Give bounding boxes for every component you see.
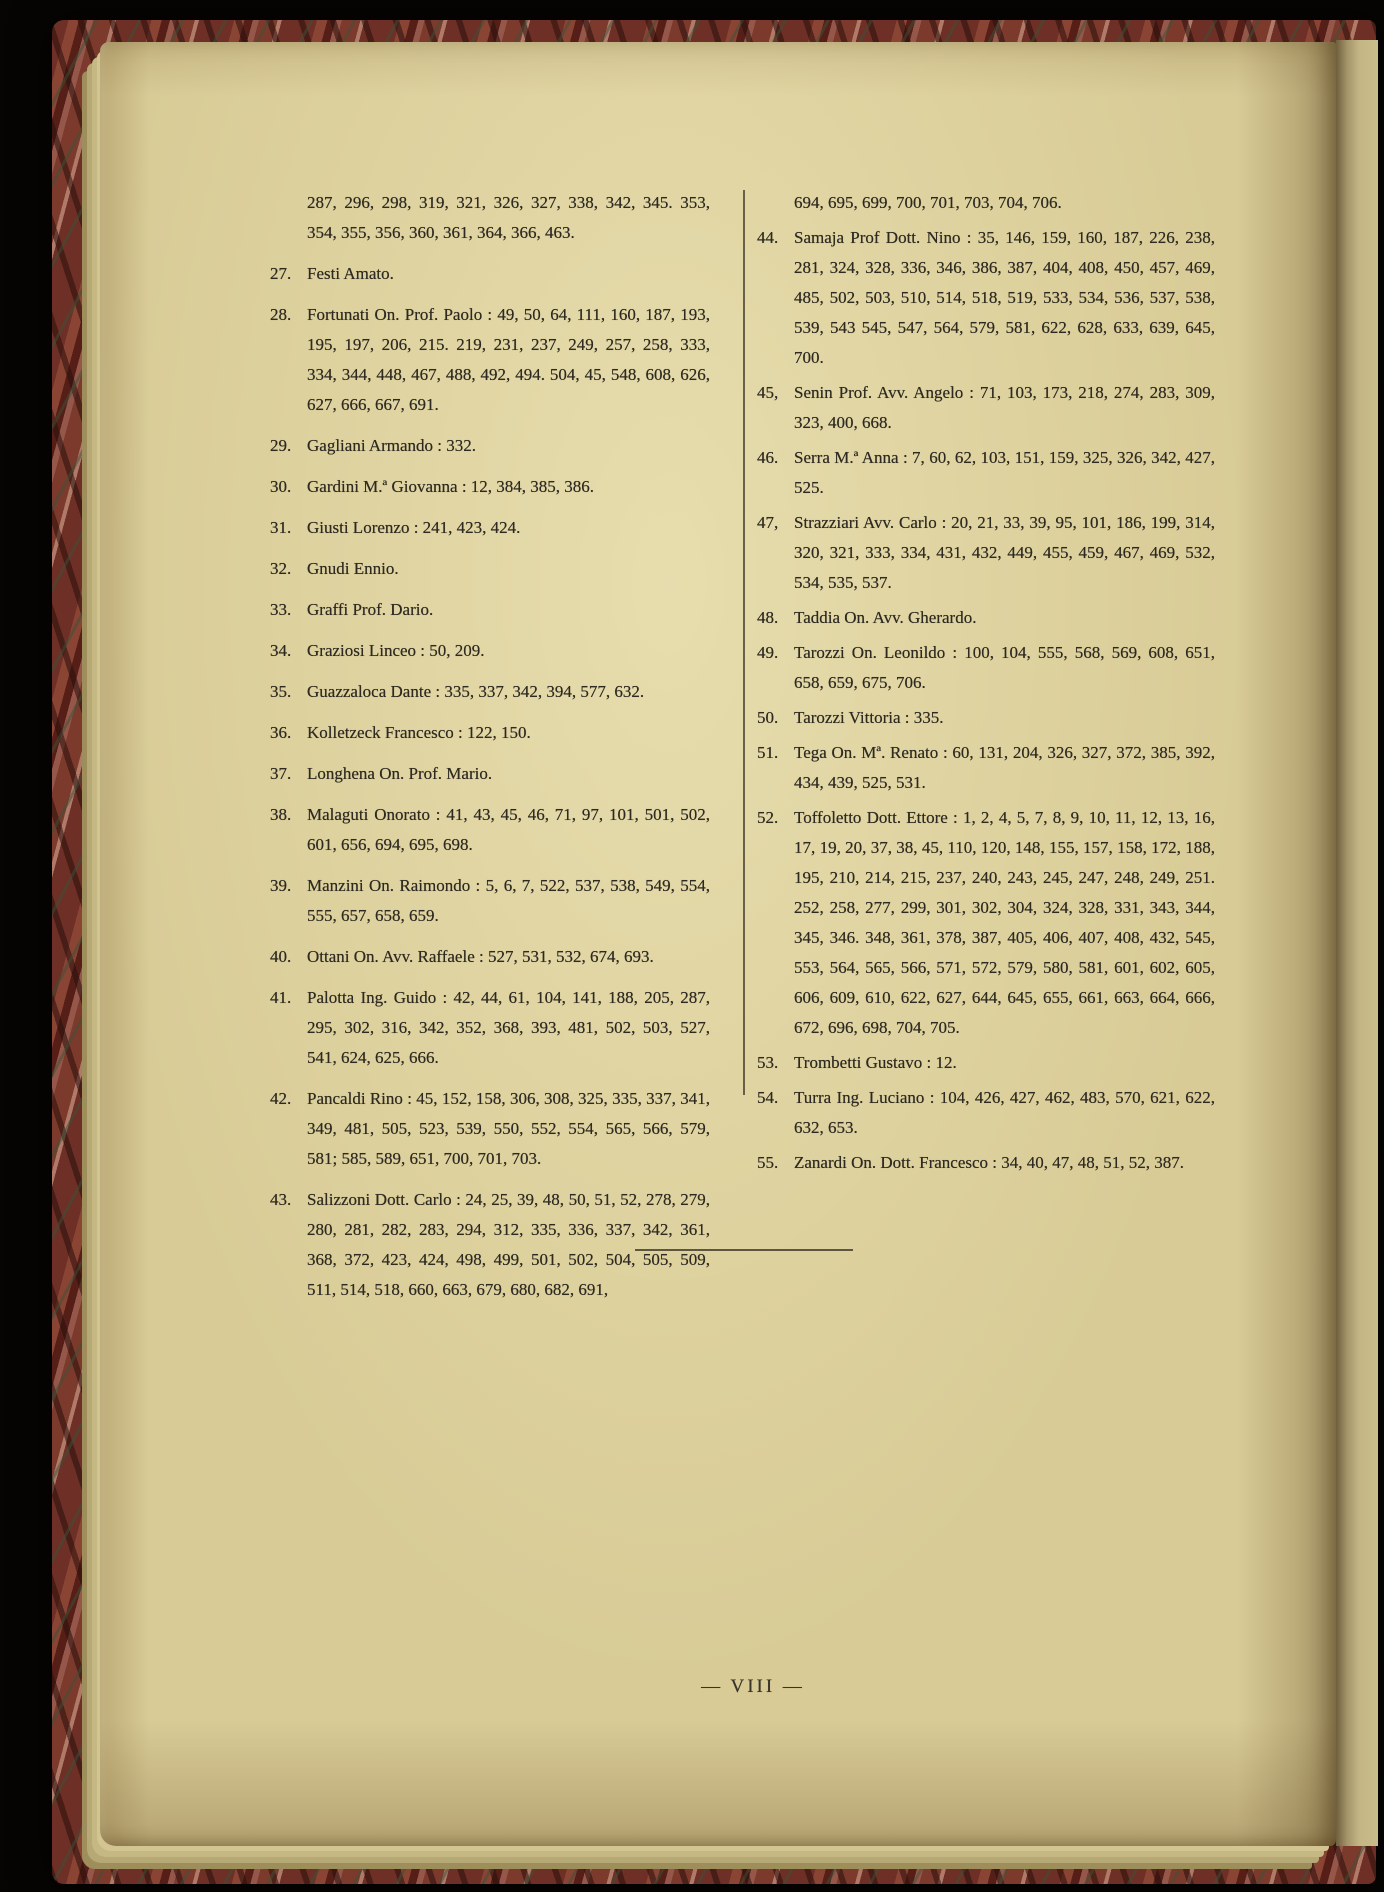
entry-number: 46. — [757, 443, 778, 473]
entry-number: 45, — [757, 378, 778, 408]
entry-text: Senin Prof. Avv. Angelo : 71, 103, 173, … — [794, 383, 1215, 432]
index-entry: 50.Tarozzi Vittoria : 335. — [757, 703, 1215, 733]
index-entry: 27.Festi Amato. — [270, 259, 710, 289]
index-entry: 48.Taddia On. Avv. Gherardo. — [757, 603, 1215, 633]
entry-number: 39. — [270, 871, 291, 901]
entry-number: 42. — [270, 1084, 291, 1114]
entry-number: 55. — [757, 1148, 778, 1178]
index-entry: 49.Tarozzi On. Leonildo : 100, 104, 555,… — [757, 638, 1215, 698]
entry-number: 34. — [270, 636, 291, 666]
entry-number: 50. — [757, 703, 778, 733]
left-column: 287, 296, 298, 319, 321, 326, 327, 338, … — [270, 188, 710, 1316]
index-entry: 54.Turra Ing. Luciano : 104, 426, 427, 4… — [757, 1083, 1215, 1143]
right-column: 694, 695, 699, 700, 701, 703, 704, 706.4… — [757, 188, 1215, 1316]
entry-text: Toffoletto Dott. Ettore : 1, 2, 4, 5, 7,… — [794, 808, 1215, 1037]
entry-text: Salizzoni Dott. Carlo : 24, 25, 39, 48, … — [307, 1190, 710, 1299]
index-entry: 45,Senin Prof. Avv. Angelo : 71, 103, 17… — [757, 378, 1215, 438]
entry-text: Tarozzi On. Leonildo : 100, 104, 555, 56… — [794, 643, 1215, 692]
entry-number: 53. — [757, 1048, 778, 1078]
entry-number: 43. — [270, 1185, 291, 1215]
index-entry: 42.Pancaldi Rino : 45, 152, 158, 306, 30… — [270, 1084, 710, 1174]
entry-text: Graffi Prof. Dario. — [307, 600, 433, 619]
entry-text: Tarozzi Vittoria : 335. — [794, 708, 944, 727]
index-entry: 39.Manzini On. Raimondo : 5, 6, 7, 522, … — [270, 871, 710, 931]
entry-number: 41. — [270, 983, 291, 1013]
entry-number: 32. — [270, 554, 291, 584]
entry-number: 44. — [757, 223, 778, 253]
entry-text: Kolletzeck Francesco : 122, 150. — [307, 723, 531, 742]
entry-text: Samaja Prof Dott. Nino : 35, 146, 159, 1… — [794, 228, 1215, 367]
index-entry: 47,Strazziari Avv. Carlo : 20, 21, 33, 3… — [757, 508, 1215, 598]
index-entry: 38.Malaguti Onorato : 41, 43, 45, 46, 71… — [270, 800, 710, 860]
entry-text: Trombetti Gustavo : 12. — [794, 1053, 957, 1072]
entry-number: 49. — [757, 638, 778, 668]
index-entry: 41.Palotta Ing. Guido : 42, 44, 61, 104,… — [270, 983, 710, 1073]
index-entry: 40.Ottani On. Avv. Raffaele : 527, 531, … — [270, 942, 710, 972]
index-entry: 36.Kolletzeck Francesco : 122, 150. — [270, 718, 710, 748]
index-entry: 34.Graziosi Linceo : 50, 209. — [270, 636, 710, 666]
index-entry: 44.Samaja Prof Dott. Nino : 35, 146, 159… — [757, 223, 1215, 373]
index-entry: 32.Gnudi Ennio. — [270, 554, 710, 584]
entry-number: 28. — [270, 300, 291, 330]
index-entry: 31.Giusti Lorenzo : 241, 423, 424. — [270, 513, 710, 543]
entry-text: 694, 695, 699, 700, 701, 703, 704, 706. — [794, 193, 1062, 212]
entry-text: Taddia On. Avv. Gherardo. — [794, 608, 976, 627]
entry-text: Gnudi Ennio. — [307, 559, 399, 578]
entry-text: Malaguti Onorato : 41, 43, 45, 46, 71, 9… — [307, 805, 710, 854]
entry-text: Gagliani Armando : 332. — [307, 436, 476, 455]
entry-number: 54. — [757, 1083, 778, 1113]
entry-text: Turra Ing. Luciano : 104, 426, 427, 462,… — [794, 1088, 1215, 1137]
entry-number: 48. — [757, 603, 778, 633]
entry-text: Festi Amato. — [307, 264, 394, 283]
entry-number: 40. — [270, 942, 291, 972]
entry-number: 37. — [270, 759, 291, 789]
entry-text: Ottani On. Avv. Raffaele : 527, 531, 532… — [307, 947, 654, 966]
entry-text: Fortunati On. Prof. Paolo : 49, 50, 64, … — [307, 305, 710, 414]
entry-number: 33. — [270, 595, 291, 625]
index-entry: 28.Fortunati On. Prof. Paolo : 49, 50, 6… — [270, 300, 710, 420]
entry-number: 36. — [270, 718, 291, 748]
index-entry: 30.Gardini M.ª Giovanna : 12, 384, 385, … — [270, 472, 710, 502]
entry-text: Gardini M.ª Giovanna : 12, 384, 385, 386… — [307, 477, 594, 496]
entry-text: Longhena On. Prof. Mario. — [307, 764, 492, 783]
entry-number: 30. — [270, 472, 291, 502]
index-entry: 52.Toffoletto Dott. Ettore : 1, 2, 4, 5,… — [757, 803, 1215, 1043]
entry-text: Guazzaloca Dante : 335, 337, 342, 394, 5… — [307, 682, 644, 701]
index-entry: 43.Salizzoni Dott. Carlo : 24, 25, 39, 4… — [270, 1185, 710, 1305]
facing-page-edge — [1336, 40, 1378, 1846]
index-entry: 29.Gagliani Armando : 332. — [270, 431, 710, 461]
entry-text: Graziosi Linceo : 50, 209. — [307, 641, 485, 660]
entry-text: Zanardi On. Dott. Francesco : 34, 40, 47… — [794, 1153, 1184, 1172]
entry-number: 47, — [757, 508, 778, 538]
page-number: — VIII — — [100, 1676, 1336, 1698]
index-entry: 694, 695, 699, 700, 701, 703, 704, 706. — [757, 188, 1215, 218]
entry-text: Pancaldi Rino : 45, 152, 158, 306, 308, … — [307, 1089, 710, 1168]
entry-number: 35. — [270, 677, 291, 707]
index-entry: 55.Zanardi On. Dott. Francesco : 34, 40,… — [757, 1148, 1215, 1178]
entry-number: 29. — [270, 431, 291, 461]
entry-number: 31. — [270, 513, 291, 543]
entry-number: 52. — [757, 803, 778, 833]
entry-text: Serra M.ª Anna : 7, 60, 62, 103, 151, 15… — [794, 448, 1215, 497]
entry-text: Manzini On. Raimondo : 5, 6, 7, 522, 537… — [307, 876, 710, 925]
index-content: 287, 296, 298, 319, 321, 326, 327, 338, … — [270, 188, 1215, 1316]
scanned-page: 287, 296, 298, 319, 321, 326, 327, 338, … — [100, 42, 1336, 1846]
index-entry: 287, 296, 298, 319, 321, 326, 327, 338, … — [270, 188, 710, 248]
index-entry: 53.Trombetti Gustavo : 12. — [757, 1048, 1215, 1078]
index-entry: 37.Longhena On. Prof. Mario. — [270, 759, 710, 789]
index-entry: 35.Guazzaloca Dante : 335, 337, 342, 394… — [270, 677, 710, 707]
entry-text: 287, 296, 298, 319, 321, 326, 327, 338, … — [307, 193, 710, 242]
entry-number: 38. — [270, 800, 291, 830]
index-entry: 46.Serra M.ª Anna : 7, 60, 62, 103, 151,… — [757, 443, 1215, 503]
entry-number: 51. — [757, 738, 778, 768]
entry-text: Strazziari Avv. Carlo : 20, 21, 33, 39, … — [794, 513, 1215, 592]
index-entry: 51.Tega On. Mª. Renato : 60, 131, 204, 3… — [757, 738, 1215, 798]
entry-number: 27. — [270, 259, 291, 289]
index-entry: 33.Graffi Prof. Dario. — [270, 595, 710, 625]
entry-text: Giusti Lorenzo : 241, 423, 424. — [307, 518, 520, 537]
entry-text: Tega On. Mª. Renato : 60, 131, 204, 326,… — [794, 743, 1215, 792]
entry-text: Palotta Ing. Guido : 42, 44, 61, 104, 14… — [307, 988, 710, 1067]
section-end-rule — [635, 1249, 853, 1251]
